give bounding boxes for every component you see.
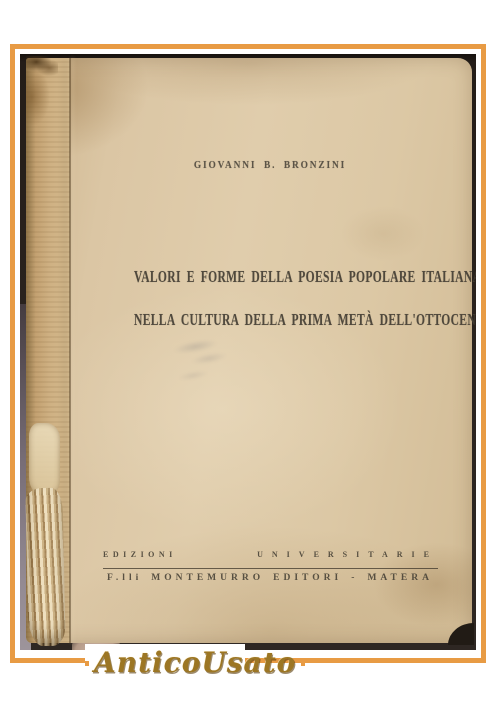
publisher-word: MONTEMURRO [151, 573, 264, 583]
book-spine [26, 58, 70, 643]
page-background: GIOVANNI B. BRONZINI VALORI E FORME DELL… [0, 0, 500, 710]
author-name: GIOVANNI B. BRONZINI [100, 159, 440, 171]
faint-stamp-smudge [164, 330, 244, 394]
publisher-word: - [351, 573, 358, 583]
watermark-text: AnticoUsato [89, 649, 301, 677]
publisher-word: EDITORI [273, 573, 342, 583]
publisher-word: MATERA [367, 573, 433, 583]
publisher-imprint-row: EDIZIONI UNIVERSITARIE [103, 550, 438, 559]
publisher-name-row: F.lli MONTEMURRO EDITORI - MATERA [107, 573, 433, 583]
publisher-word: F.lli [107, 573, 142, 583]
spine-top-damage [26, 56, 58, 130]
publisher-divider-rule [103, 568, 438, 569]
book-cover-photo: GIOVANNI B. BRONZINI VALORI E FORME DELL… [20, 54, 476, 650]
publisher-word: EDIZIONI [103, 550, 177, 559]
spine-wear-patch [29, 423, 60, 495]
title-line-2: NELLA CULTURA DELLA PRIMA METÀ DELL'OTTO… [134, 310, 406, 330]
shop-watermark: AnticoUsato [85, 644, 245, 682]
publisher-word: UNIVERSITARIE [257, 550, 438, 559]
cover-printed-area: GIOVANNI B. BRONZINI VALORI E FORME DELL… [70, 58, 470, 643]
watermark-rule-right [301, 661, 305, 666]
spine-bottom-fray [25, 488, 65, 647]
book-cover: GIOVANNI B. BRONZINI VALORI E FORME DELL… [26, 58, 472, 643]
title-line-1: VALORI E FORME DELLA POESIA POPOLARE ITA… [134, 267, 406, 287]
